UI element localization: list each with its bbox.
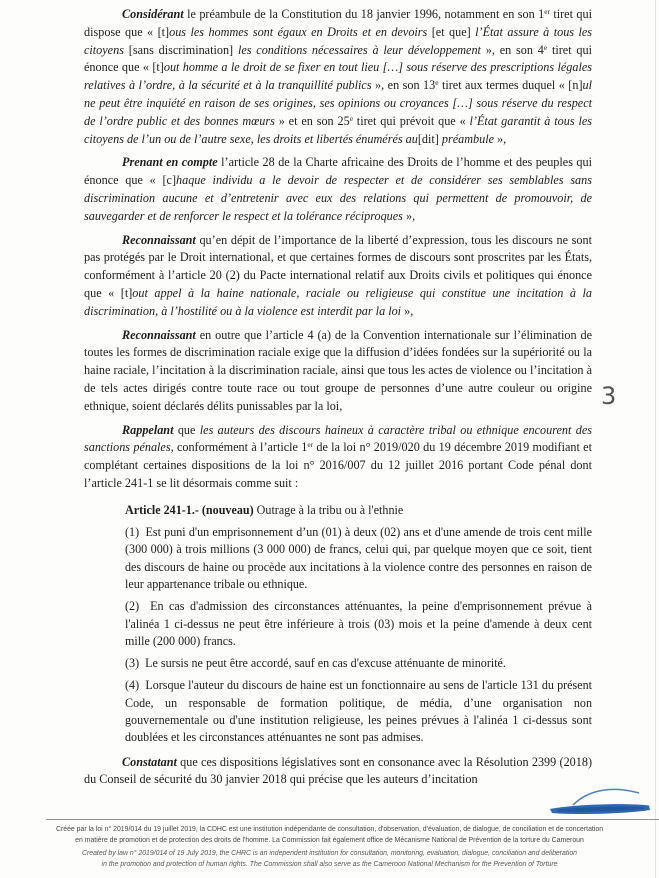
- page-footer: Créée par la loi n° 2019/014 du 19 juill…: [0, 825, 659, 870]
- footer-english-block: Created by law n° 2019/014 of 19 July 20…: [0, 849, 659, 870]
- pen-arc-stroke: [573, 789, 639, 805]
- footer-english-line-2: in the promotion and protection of human…: [0, 860, 659, 871]
- article-item-1: (1) Est puni d'un emprisonnement d’un (0…: [125, 524, 592, 593]
- article-item-2: (2) En cas d'admission des circonstances…: [125, 598, 592, 650]
- paragraph-considerant: Considérant le préambule de la Constitut…: [84, 6, 592, 148]
- article-heading: Article 241-1.- (nouveau) Outrage à la t…: [125, 502, 592, 519]
- paragraph-rappelant: Rappelant que les auteurs des discours h…: [84, 422, 592, 493]
- scan-edge-line: [655, 0, 656, 878]
- page-number: 3: [601, 382, 616, 410]
- paragraph-prenant-en-compte: Prenant en compte l’article 28 de la Cha…: [84, 154, 592, 225]
- footer-english-line-1: Created by law n° 2019/014 of 19 July 20…: [0, 849, 659, 860]
- document-body: Considérant le préambule de la Constitut…: [84, 6, 592, 789]
- article-item-3: (3) Le sursis ne peut être accordé, sauf…: [125, 655, 592, 672]
- article-item-4: (4) Lorsque l'auteur du discours de hain…: [125, 677, 592, 746]
- pen-scribble-mark: [547, 785, 653, 819]
- paragraph-constatant: Constatant que ces dispositions législat…: [84, 754, 592, 790]
- article-241-block: Article 241-1.- (nouveau) Outrage à la t…: [125, 502, 592, 747]
- paragraph-reconnaissant-1: Reconnaissant qu’en dépit de l’importanc…: [84, 232, 592, 321]
- footer-divider-line: [46, 819, 659, 820]
- footer-french-line-2: en matière de promotion et de protection…: [0, 836, 659, 847]
- footer-french-line-1: Créée par la loi n° 2019/014 du 19 juill…: [0, 825, 659, 836]
- paragraph-reconnaissant-2: Reconnaissant en outre que l’article 4 (…: [84, 327, 592, 416]
